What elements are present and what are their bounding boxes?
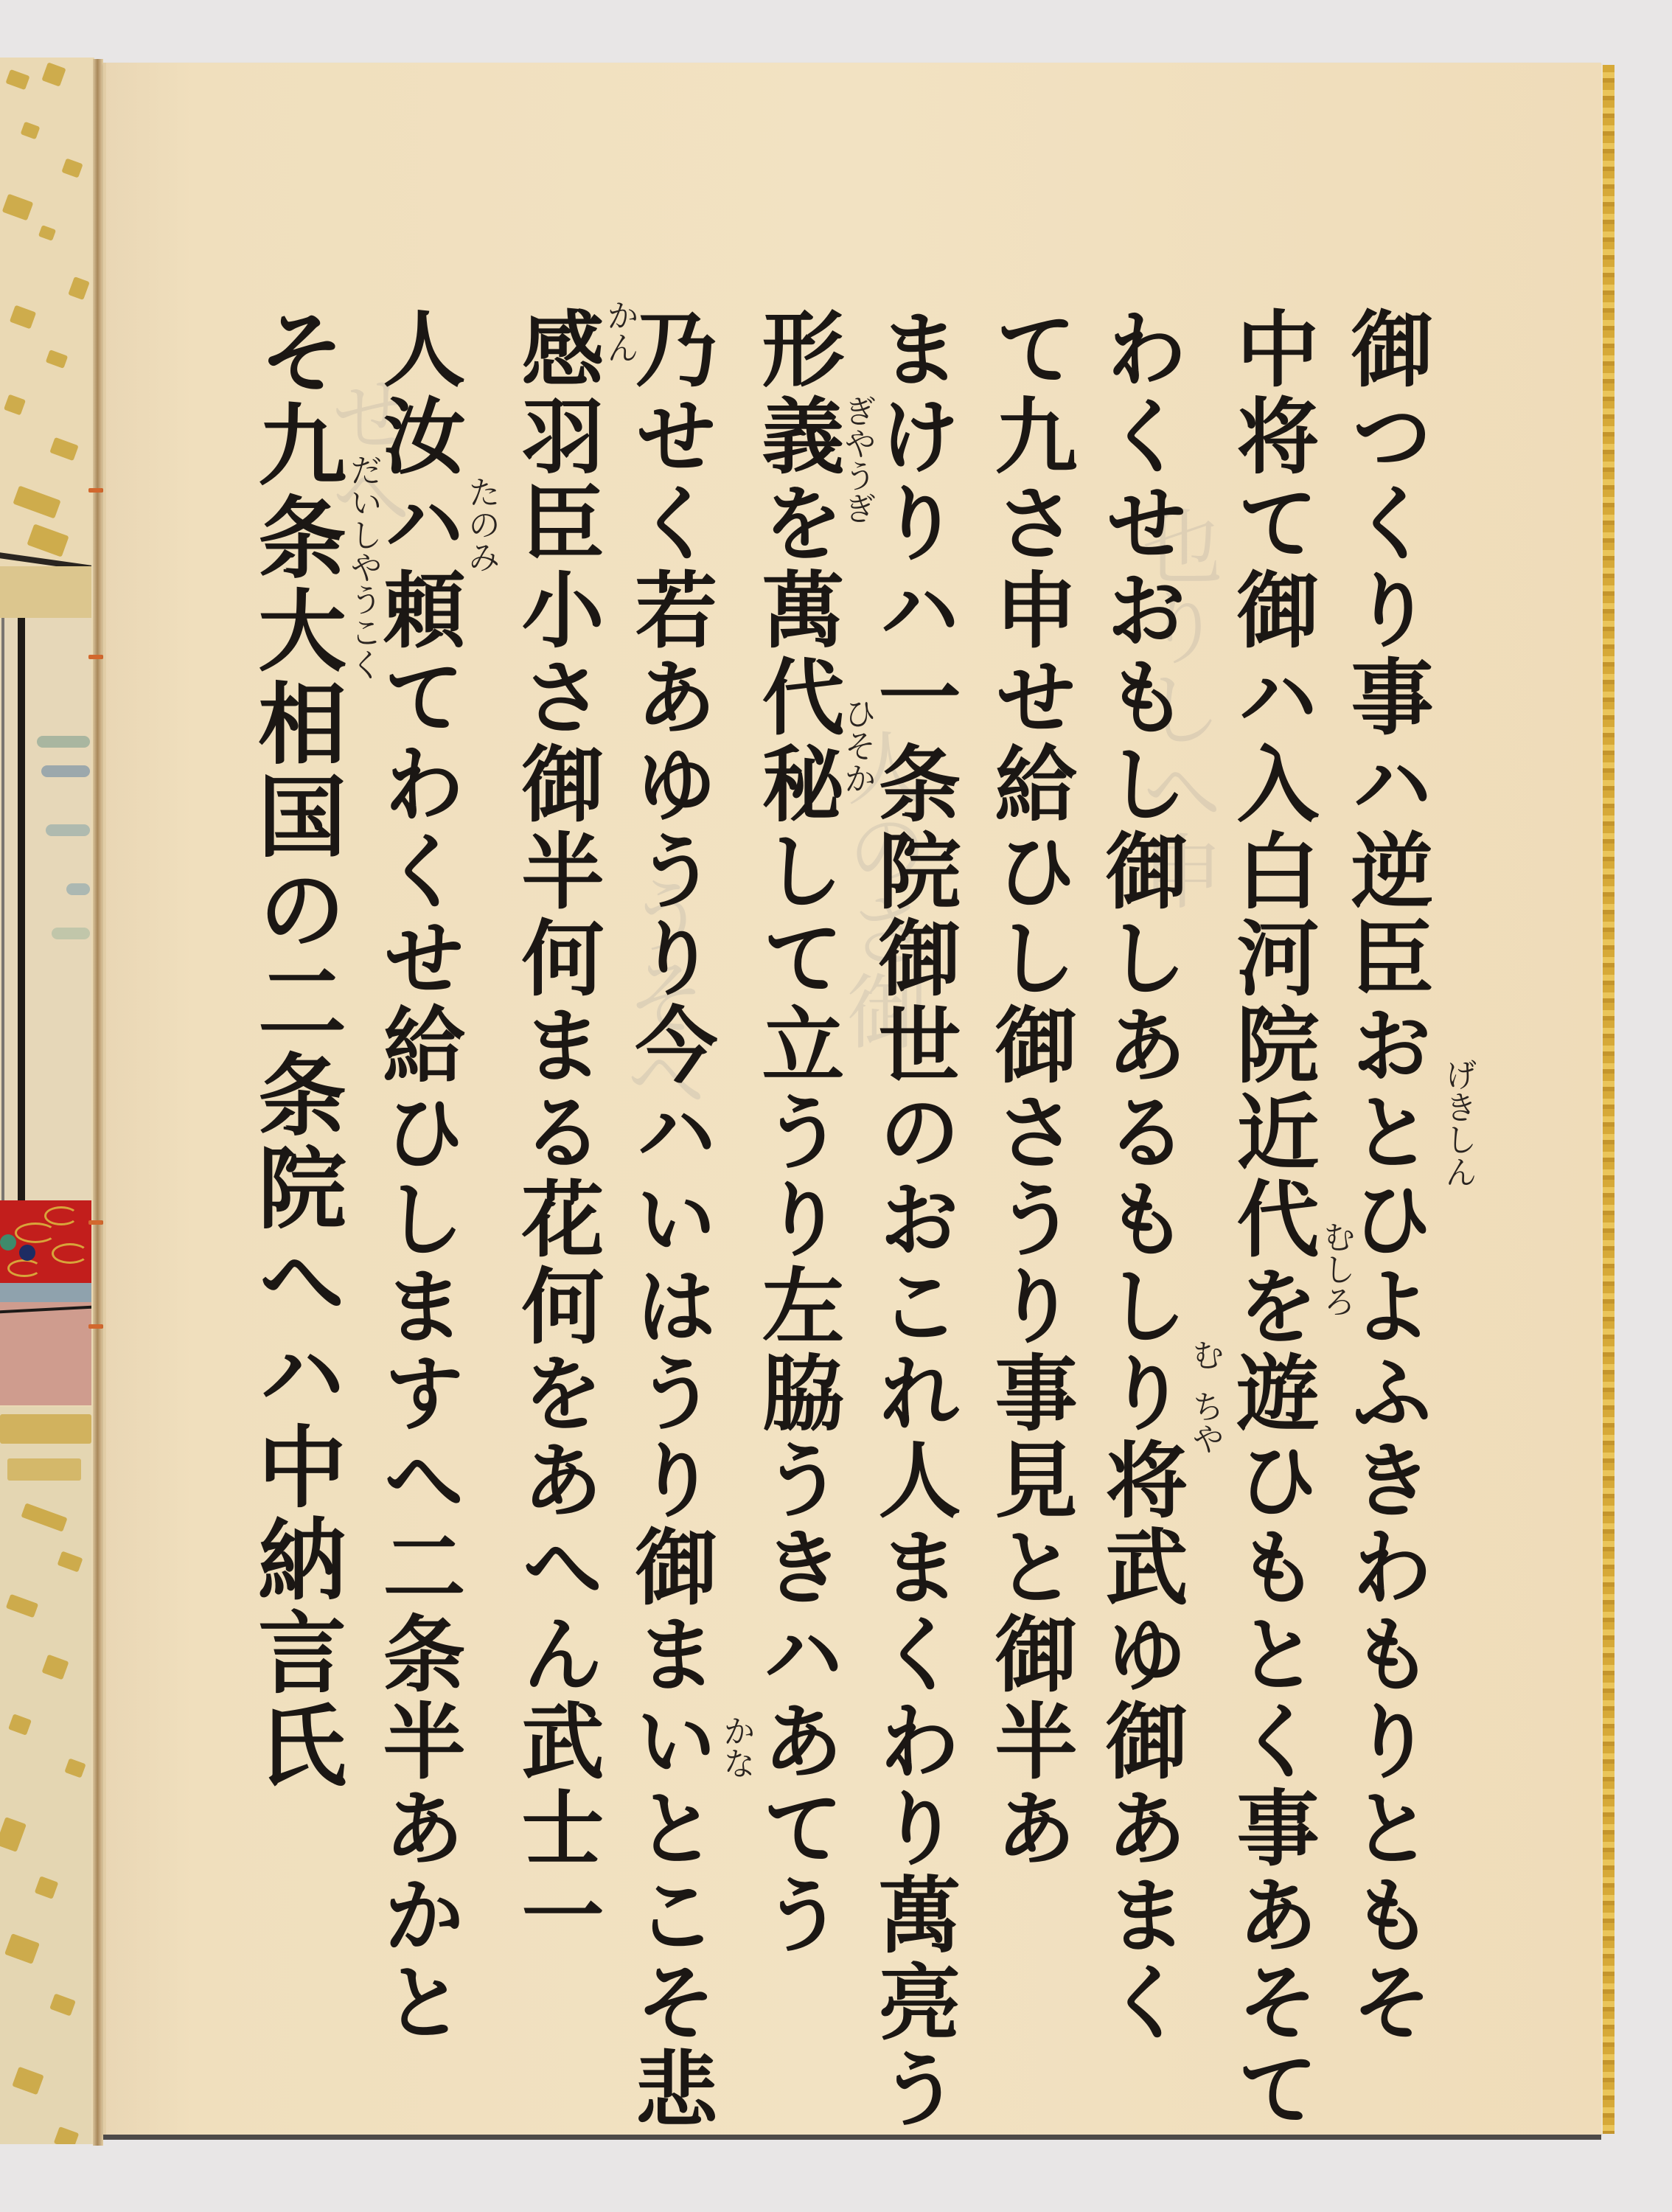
text-column-5: まけりハ一条院御世のおこれ人まくわり萬亮う xyxy=(871,306,954,2133)
wave-motif xyxy=(41,765,90,777)
gold-leaf-flake xyxy=(8,1714,32,1736)
book-spine-gutter xyxy=(93,59,103,2146)
facing-page-illustration xyxy=(0,58,94,2144)
gilded-page-edge xyxy=(1601,65,1614,2134)
gold-leaf-flake xyxy=(61,158,83,178)
page-bottom-edge xyxy=(103,2135,1601,2140)
gold-leaf-flake xyxy=(64,1758,86,1778)
red-carpet xyxy=(0,1200,91,1283)
binding-stitch xyxy=(88,655,103,659)
ruby-annotation: ぎやうぎ xyxy=(840,394,873,524)
ruby-annotation: ちや xyxy=(1188,1390,1221,1455)
ruby-annotation: ひそか xyxy=(840,697,873,794)
ruby-annotation: たのみ xyxy=(464,476,497,573)
text-column-10: そ九条大相国の二条院へハ中納言氏 xyxy=(251,306,339,1792)
page-fold-edge xyxy=(103,63,106,2135)
gold-leaf-flake xyxy=(7,1458,81,1481)
carpet-swirl xyxy=(7,1259,41,1277)
wave-motif xyxy=(52,928,90,939)
folding-screen-panel xyxy=(0,618,91,1200)
wooden-floor xyxy=(0,1302,91,1405)
ruby-annotation: だいしやうこく xyxy=(346,453,379,681)
text-column-8: 感羽臣小さ御半何まる花何をあへん武士一 xyxy=(515,306,597,1959)
gold-leaf-flake xyxy=(4,394,26,416)
gold-leaf-flake xyxy=(21,122,41,139)
gold-leaf-flake xyxy=(38,225,56,241)
wave-motif xyxy=(66,883,90,895)
gold-leaf-flake xyxy=(35,1876,59,1899)
gold-leaf-flake xyxy=(0,1817,27,1852)
gold-leaf-flake xyxy=(4,1933,40,1964)
gold-leaf-flake xyxy=(41,1655,69,1680)
gold-leaf-flake xyxy=(49,437,78,461)
carpet-swirl xyxy=(15,1222,56,1243)
ruby-annotation: げきしん xyxy=(1441,1058,1474,1188)
folding-screen xyxy=(0,566,91,618)
binding-stitch xyxy=(88,488,103,493)
gold-leaf-flake xyxy=(41,62,66,86)
text-column-6: 形義を萬代秘して立うり左脇うきハあてう xyxy=(755,306,837,1959)
tatami-edge xyxy=(0,1283,91,1302)
gold-cloud-ground xyxy=(0,1407,91,2144)
manuscript-page: 也りしへ申 人のさ御 うそへ せへ 御つくり事ハ逆臣おとひよふきわもりともそ げ… xyxy=(103,63,1601,2135)
ruby-annotation: かな xyxy=(720,1714,752,1779)
ruby-annotation: かん xyxy=(603,299,635,364)
text-column-4: て九さ申せ給ひし御さうり事見と御半あ xyxy=(988,306,1070,1872)
binding-stitch xyxy=(88,1220,103,1225)
gold-leaf-flake xyxy=(2,194,34,221)
gold-leaf-flake xyxy=(27,524,69,557)
carpet-flower xyxy=(0,1234,16,1251)
gold-leaf-flake xyxy=(21,1503,67,1531)
gold-leaf-flake xyxy=(6,1594,38,1618)
gold-leaf-flake xyxy=(68,276,90,300)
text-column-9: 人汝ハ頼てわくせ給ひしますへ二条半あかと xyxy=(376,306,459,2046)
binding-stitch xyxy=(88,1324,103,1329)
text-column-3: わくせおもし御しあるもしり将武ゆ御あまく xyxy=(1098,306,1181,2046)
text-column-2: 中将て御ハ入白河院近代を遊ひもとく事あそて xyxy=(1230,306,1312,2133)
gold-leaf-flake xyxy=(0,1414,91,1444)
gold-leaf-flake xyxy=(5,69,29,90)
screen-post xyxy=(18,618,25,1200)
screen-post xyxy=(1,618,4,1200)
gold-leaf-flake xyxy=(49,1994,76,2017)
wave-motif xyxy=(46,824,90,836)
carpet-swirl xyxy=(52,1243,88,1264)
gold-leaf-flake xyxy=(46,349,69,369)
gold-leaf-flake xyxy=(10,305,36,330)
text-column-7: 乃せく若あゆうり今ハいはうり御まいとこそ悲 xyxy=(628,306,711,2133)
gold-leaf-flake xyxy=(57,1551,83,1572)
carpet-swirl xyxy=(44,1206,78,1225)
carpet-flower xyxy=(19,1245,35,1261)
gold-leaf-flake xyxy=(13,486,60,519)
text-column-1: 御つくり事ハ逆臣おとひよふきわもりともそ xyxy=(1344,306,1427,2046)
ruby-annotation: むしろ xyxy=(1320,1220,1352,1318)
wave-motif xyxy=(37,736,90,748)
gold-leaf-flake xyxy=(54,2126,80,2144)
ruby-annotation: む xyxy=(1188,1338,1221,1371)
gold-leaf-flake xyxy=(12,2067,43,2096)
